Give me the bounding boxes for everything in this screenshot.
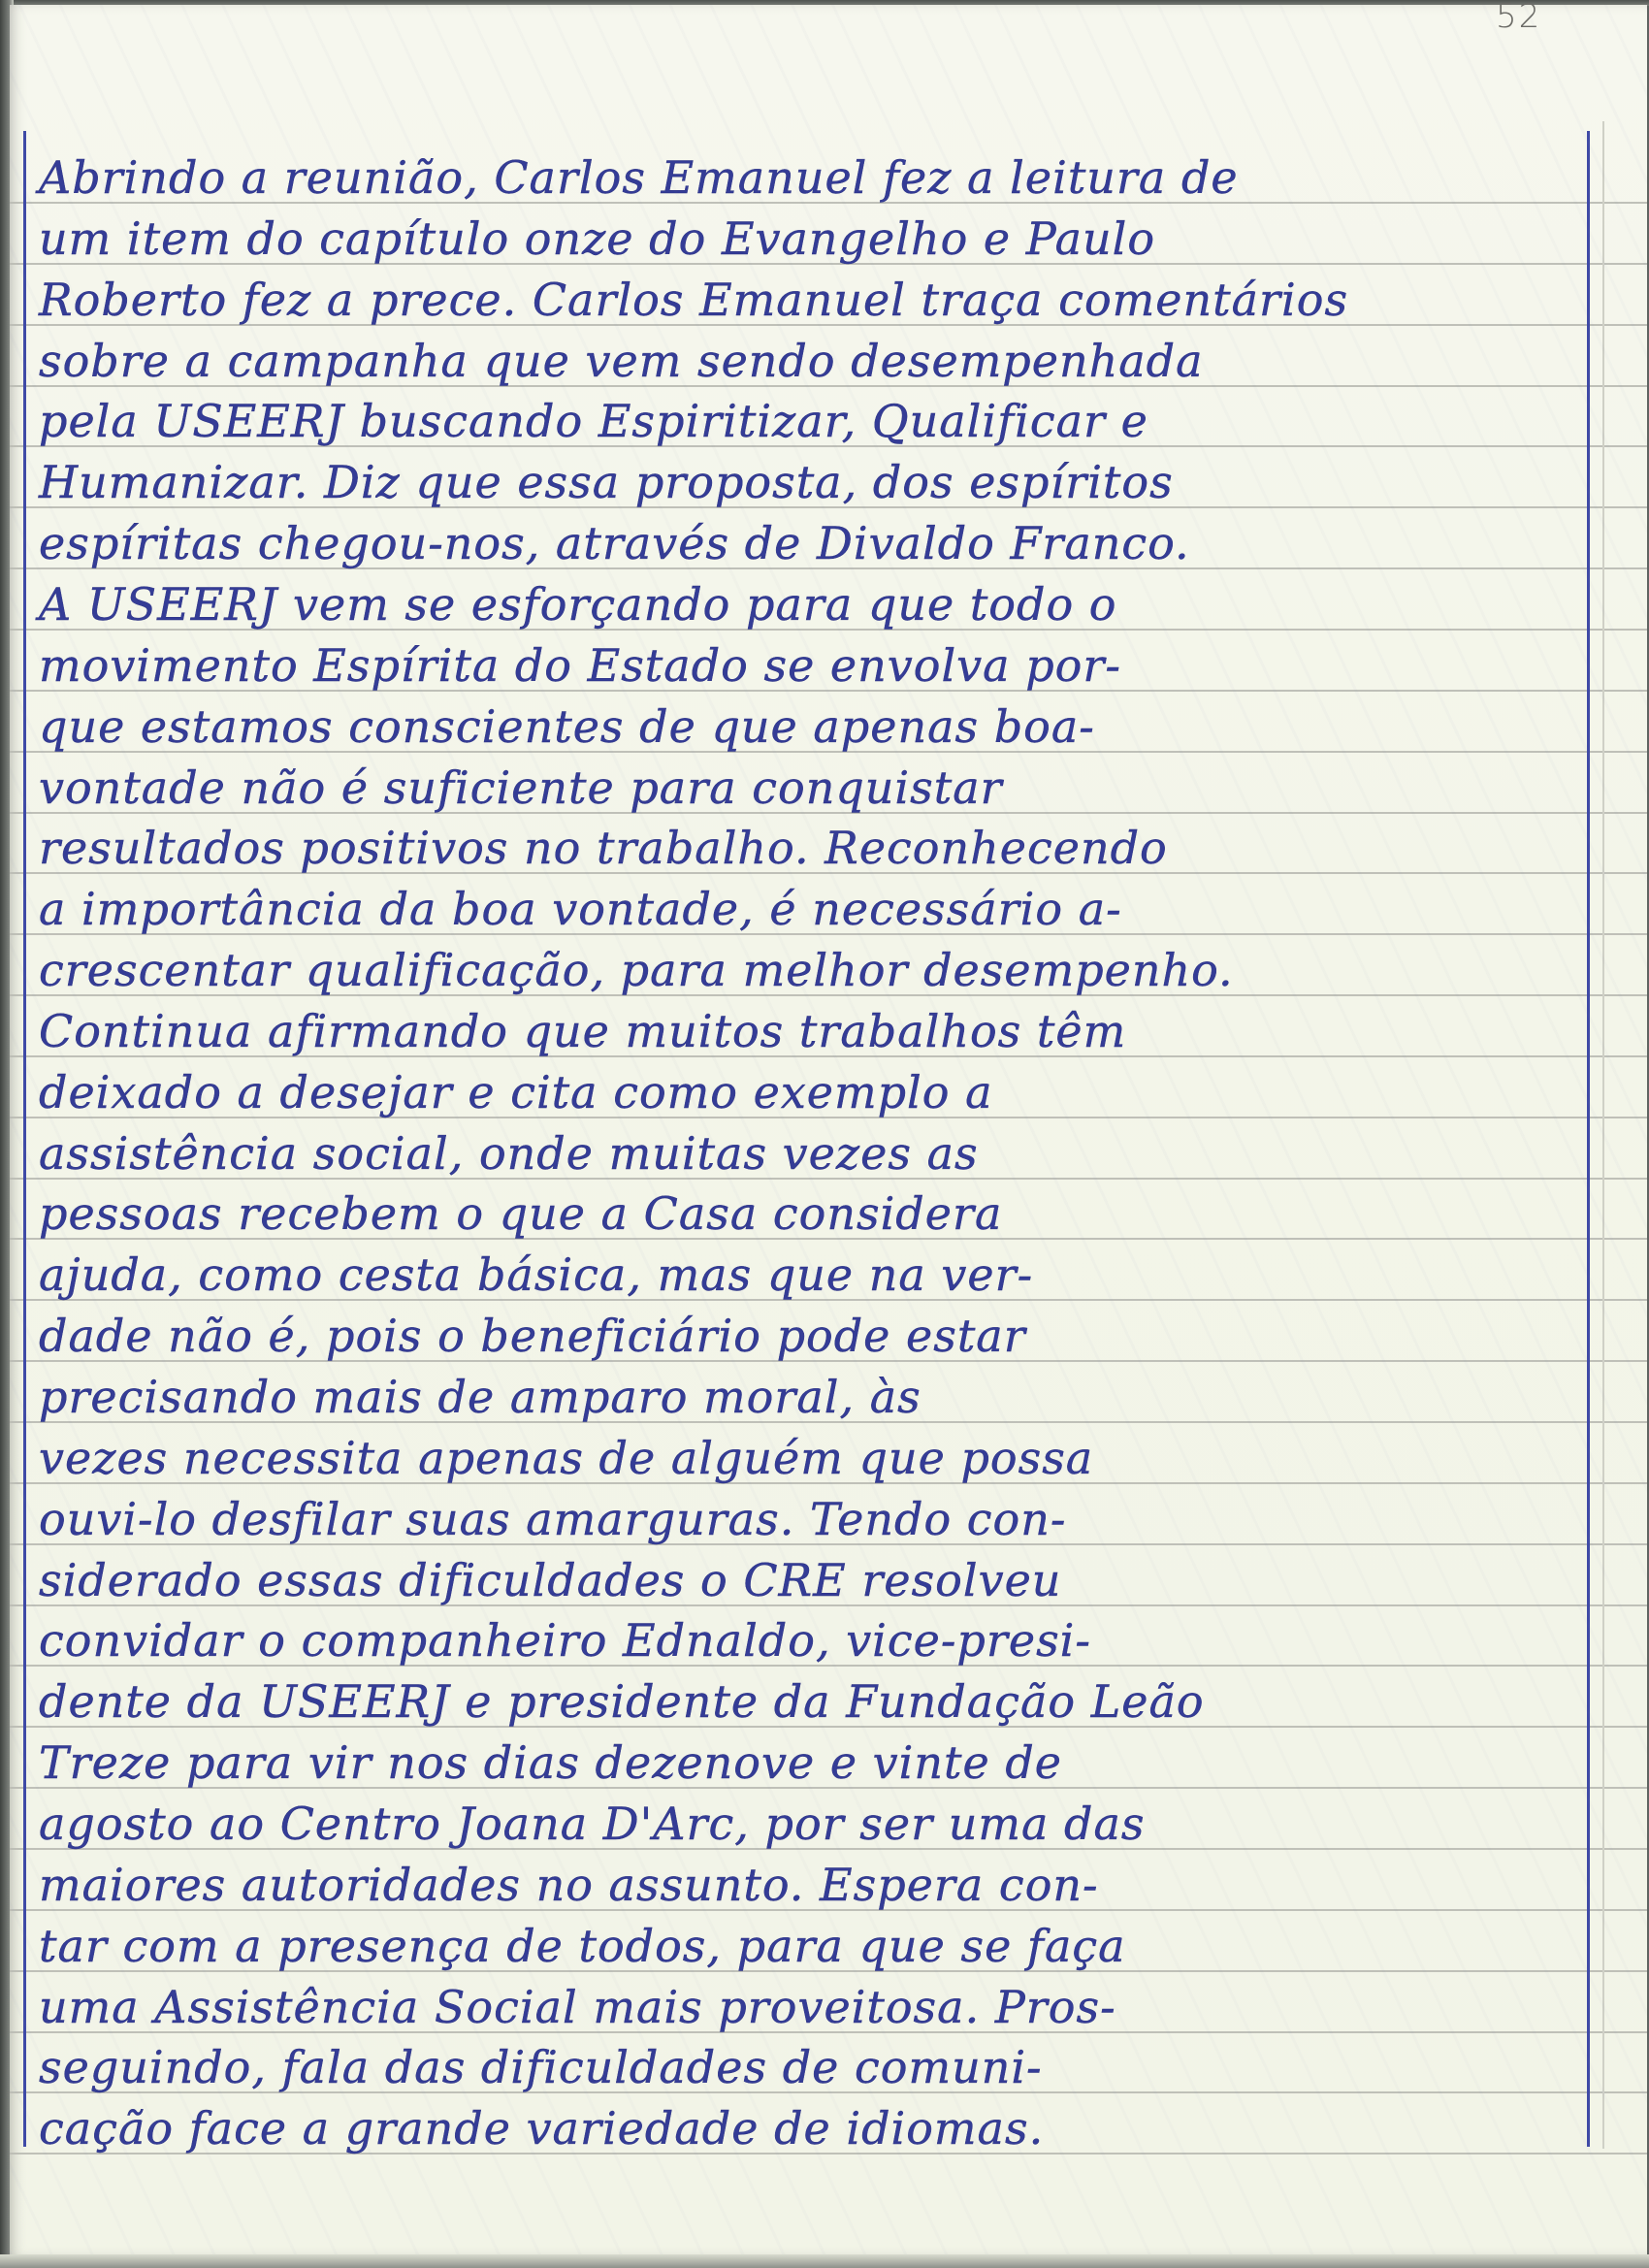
handwritten-line: resultados positivos no trabalho. Reconh… bbox=[39, 818, 1168, 878]
handwritten-line: sobre a campanha que vem sendo desempenh… bbox=[39, 331, 1204, 391]
handwritten-line: pela USEERJ buscando Espiritizar, Qualif… bbox=[39, 391, 1148, 451]
handwritten-line: convidar o companheiro Ednaldo, vice-pre… bbox=[39, 1610, 1091, 1670]
handwritten-line: ouvi-lo desfilar suas amarguras. Tendo c… bbox=[39, 1489, 1066, 1549]
handwritten-line: tar com a presença de todos, para que se… bbox=[39, 1916, 1126, 1976]
notebook-page: 52 Abrindo a reunião, Carlos Emanuel fez… bbox=[10, 5, 1647, 2255]
left-margin-line bbox=[23, 131, 26, 2147]
handwritten-line: deixado a desejar e cita como exemplo a bbox=[39, 1062, 993, 1122]
handwritten-line: maiores autoridades no assunto. Espera c… bbox=[39, 1855, 1099, 1915]
handwritten-line: seguindo, fala das dificuldades de comun… bbox=[39, 2037, 1043, 2097]
handwritten-line: crescentar qualificação, para melhor des… bbox=[39, 940, 1234, 1000]
handwritten-line: pessoas recebem o que a Casa considera bbox=[39, 1183, 1002, 1244]
scanner-edge-bottom bbox=[0, 2254, 1649, 2268]
handwritten-line: Roberto fez a prece. Carlos Emanuel traç… bbox=[39, 270, 1348, 330]
handwritten-line: ajuda, como cesta básica, mas que na ver… bbox=[39, 1245, 1033, 1305]
faint-margin-guide bbox=[1602, 121, 1604, 2149]
handwritten-line: agosto ao Centro Joana D'Arc, por ser um… bbox=[39, 1794, 1146, 1854]
handwritten-line: a importância da boa vontade, é necessár… bbox=[39, 879, 1122, 939]
handwritten-line: Continua afirmando que muitos trabalhos … bbox=[39, 1001, 1126, 1061]
right-margin-line bbox=[1587, 131, 1590, 2147]
handwritten-line: Treze para vir nos dias dezenove e vinte… bbox=[39, 1733, 1062, 1793]
handwritten-line: precisando mais de amparo moral, às bbox=[39, 1367, 921, 1427]
handwritten-line: que estamos conscientes de que apenas bo… bbox=[39, 697, 1095, 757]
handwritten-line: Humanizar. Diz que essa proposta, dos es… bbox=[39, 452, 1174, 512]
handwritten-line: um item do capítulo onze do Evangelho e … bbox=[39, 209, 1155, 269]
handwritten-line: siderado essas dificuldades o CRE resolv… bbox=[39, 1550, 1061, 1610]
page-number: 52 bbox=[1496, 0, 1541, 36]
handwritten-line: movimento Espírita do Estado se envolva … bbox=[39, 635, 1121, 696]
handwritten-line: Abrindo a reunião, Carlos Emanuel fez a … bbox=[39, 147, 1239, 208]
handwritten-line: assistência social, onde muitas vezes as bbox=[39, 1123, 979, 1183]
handwritten-line: espíritas chegou-nos, através de Divaldo… bbox=[39, 513, 1190, 573]
handwritten-line: dade não é, pois o beneficiário pode est… bbox=[39, 1306, 1026, 1366]
handwritten-line: vezes necessita apenas de alguém que pos… bbox=[39, 1428, 1093, 1488]
handwritten-line: uma Assistência Social mais proveitosa. … bbox=[39, 1977, 1116, 2037]
handwritten-line: cação face a grande variedade de idiomas… bbox=[39, 2098, 1044, 2158]
handwritten-line: vontade não é suficiente para conquistar bbox=[39, 758, 1003, 818]
handwritten-line: A USEERJ vem se esforçando para que todo… bbox=[39, 574, 1116, 634]
handwritten-line: dente da USEERJ e presidente da Fundação… bbox=[39, 1671, 1205, 1732]
